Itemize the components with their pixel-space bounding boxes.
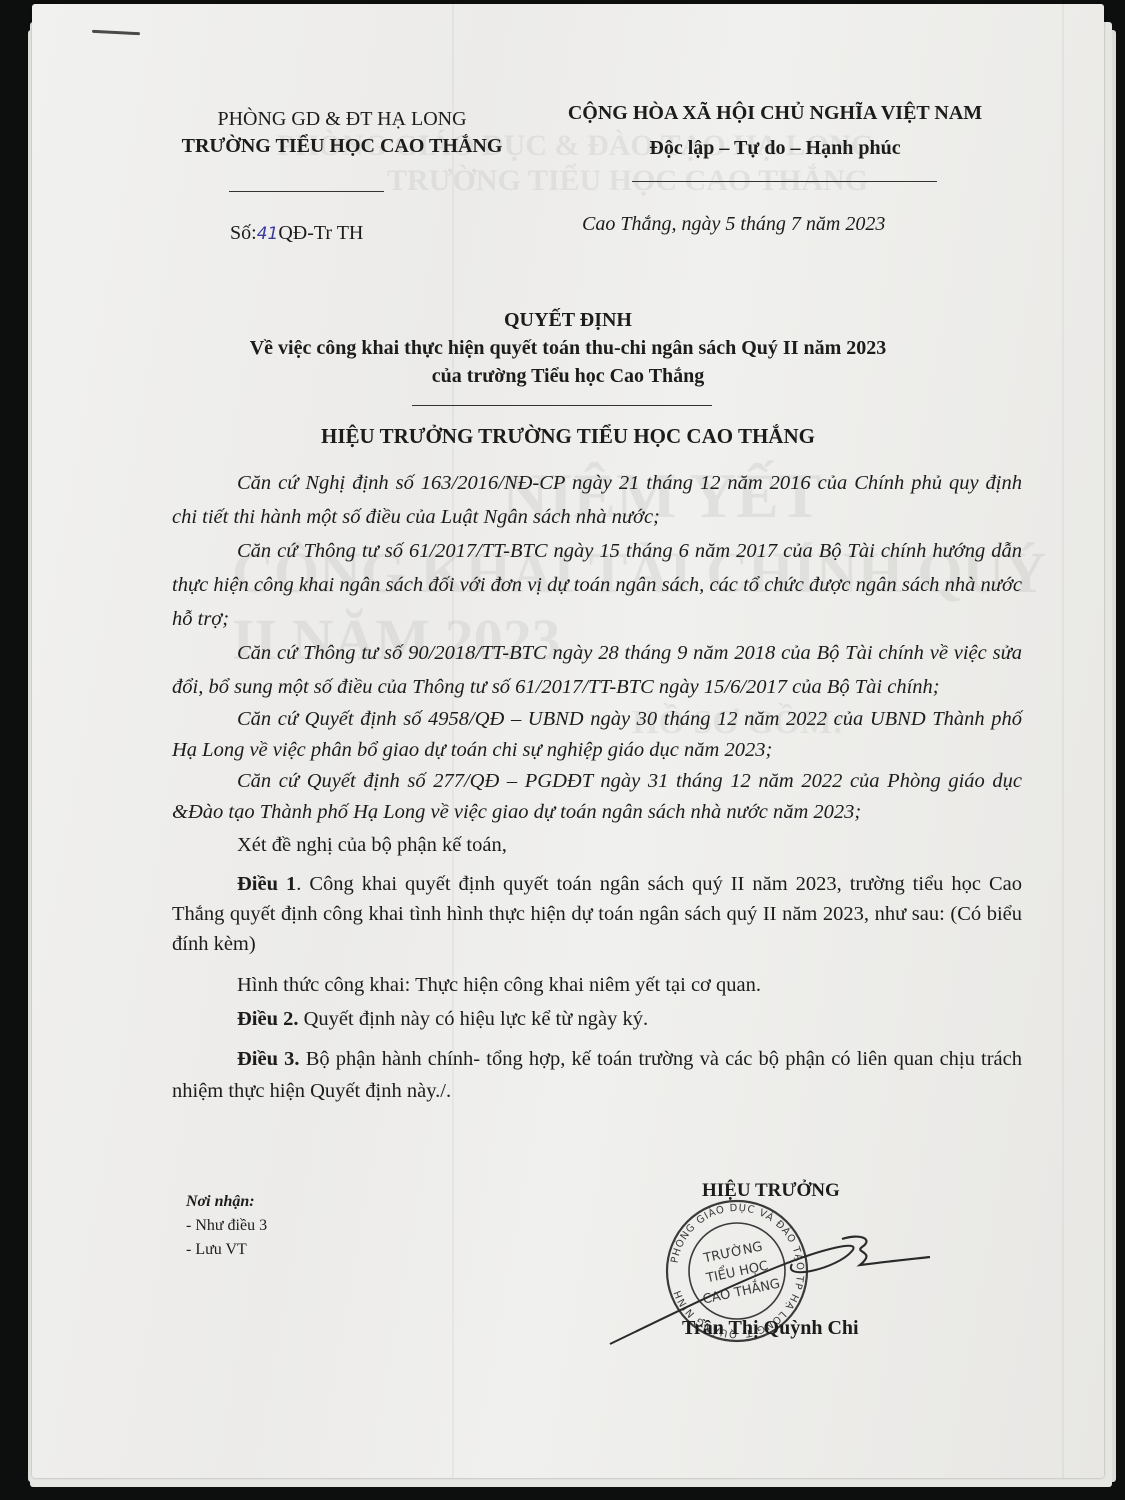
date-line: Cao Thắng, ngày 5 tháng 7 năm 2023: [582, 213, 885, 236]
document-body: Căn cứ Nghị định số 163/2016/NĐ-CP ngày …: [172, 466, 1022, 1107]
motto: Độc lập – Tự do – Hạnh phúc: [530, 131, 1020, 166]
legal-basis: Căn cứ Nghị định số 163/2016/NĐ-CP ngày …: [172, 466, 1022, 534]
recipient-item: - Như điều 3: [186, 1214, 267, 1238]
agency-underline: [229, 191, 384, 192]
article-label: Điều 3.: [237, 1048, 300, 1070]
issuing-authority: HIỆU TRƯỞNG TRƯỜNG TIỂU HỌC CAO THẮNG: [32, 424, 1104, 449]
document-number: Số:41QĐ-Tr TH: [230, 222, 363, 245]
number-prefix: Số:: [230, 222, 257, 244]
national-motto: CỘNG HÒA XÃ HỘI CHỦ NGHĨA VIỆT NAM Độc l…: [530, 96, 1020, 166]
legal-basis: Căn cứ Thông tư số 90/2018/TT-BTC ngày 2…: [172, 636, 1022, 704]
article-2: Điều 2. Quyết định này có hiệu lực kể từ…: [172, 1002, 1022, 1036]
number-suffix: QĐ-Tr TH: [278, 222, 363, 244]
article-sep: .: [296, 873, 309, 895]
issuing-agency: PHÒNG GD & ĐT HẠ LONG TRƯỜNG TIỂU HỌC CA…: [152, 106, 532, 160]
paper-fold: [1062, 4, 1064, 1478]
document-heading: QUYẾT ĐỊNH: [32, 309, 1104, 332]
article-text: Quyết định này có hiệu lực kể từ ngày ký…: [304, 1008, 648, 1030]
article-3: Điều 3. Bộ phận hành chính- tổng hợp, kế…: [172, 1043, 1022, 1107]
signer-name: Trần Thị Quỳnh Chi: [682, 1317, 859, 1340]
document-subject-line-1: Về việc công khai thực hiện quyết toán t…: [32, 337, 1104, 360]
handwritten-number: 41: [257, 224, 279, 244]
agency-line-1: PHÒNG GD & ĐT HẠ LONG: [152, 106, 532, 133]
agency-line-2: TRƯỜNG TIỂU HỌC CAO THẮNG: [152, 133, 532, 160]
proposal: Xét đề nghị của bộ phận kế toán,: [172, 828, 1022, 862]
pen-mark: [92, 30, 140, 36]
legal-basis: Căn cứ Quyết định số 277/QĐ – PGDĐT ngày…: [172, 766, 1022, 828]
motto-underline: [632, 181, 937, 182]
title-underline: [412, 405, 712, 406]
recipients: Nơi nhận: - Như điều 3 - Lưu VT: [186, 1190, 267, 1262]
recipients-title: Nơi nhận:: [186, 1190, 267, 1214]
article-1: Điều 1. Công khai quyết định quyết toán …: [172, 869, 1022, 959]
document-subject-line-2: của trường Tiểu học Cao Thắng: [32, 365, 1104, 388]
article-label: Điều 1: [237, 873, 296, 895]
article-label: Điều 2.: [237, 1008, 299, 1030]
legal-basis: Căn cứ Thông tư số 61/2017/TT-BTC ngày 1…: [172, 534, 1022, 636]
document-page: PHÒNG GIÁO DỤC & ĐÀO TẠO HẠ LONG TRƯỜNG …: [32, 4, 1104, 1478]
disclosure-method: Hình thức công khai: Thực hiện công khai…: [172, 968, 1022, 1002]
country-name: CỘNG HÒA XÃ HỘI CHỦ NGHĨA VIỆT NAM: [530, 96, 1020, 131]
legal-basis: Căn cứ Quyết định số 4958/QĐ – UBND ngày…: [172, 704, 1022, 766]
recipient-item: - Lưu VT: [186, 1238, 267, 1262]
